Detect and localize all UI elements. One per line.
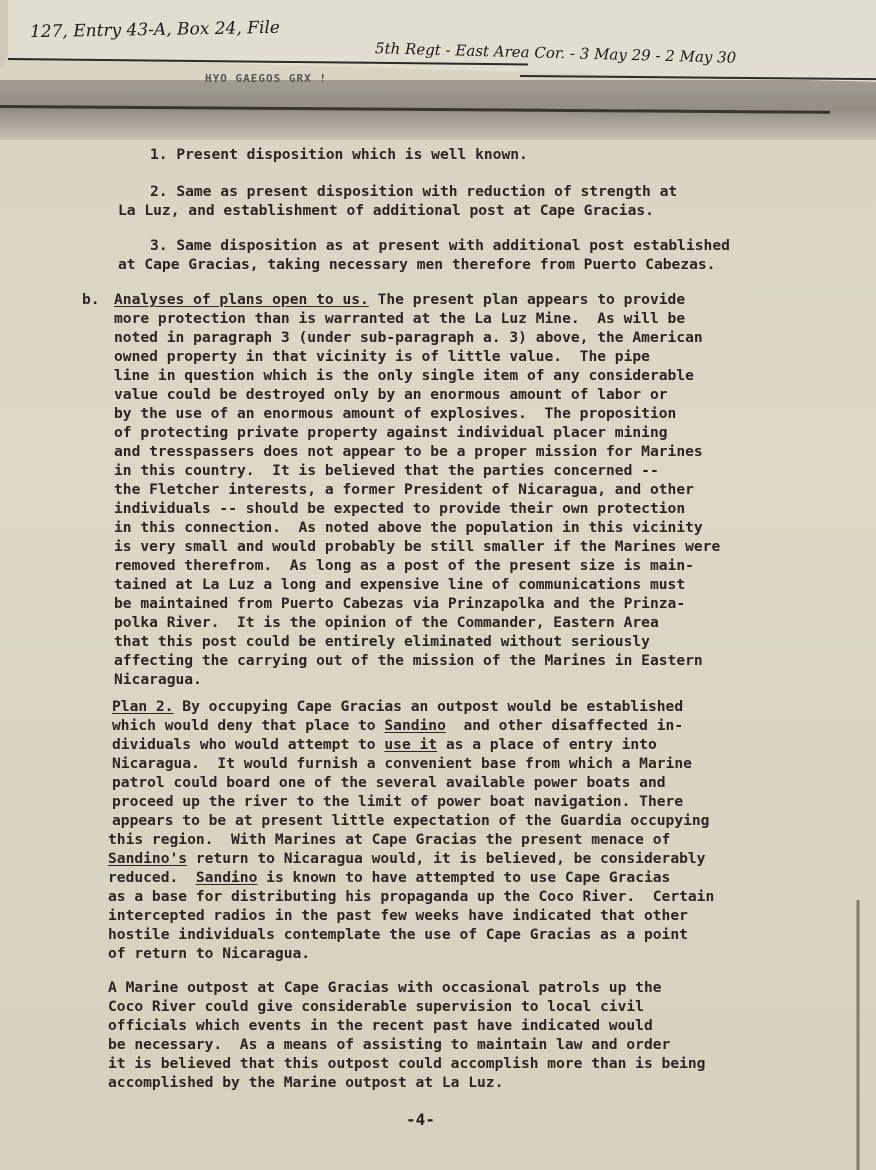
plan-2-line: as a base for distributing his propagand… (108, 887, 714, 906)
section-b-line: line in question which is the only singl… (114, 366, 694, 385)
section-b-line: more protection than is warranted at the… (114, 309, 685, 328)
section-b-heading: Analyses of plans open to us. (114, 291, 369, 308)
closing-line: accomplished by the Marine outpost at La… (108, 1073, 503, 1092)
section-b-line: owned property in that vicinity is of li… (114, 347, 650, 366)
section-b-line: affecting the carrying out of the missio… (114, 651, 703, 670)
closing-line: be necessary. As a means of assisting to… (108, 1035, 670, 1054)
plan-2-line: this region. With Marines at Cape Gracia… (108, 830, 670, 849)
text-fragment: reduced. (108, 869, 196, 886)
section-b-line: Nicaragua. (114, 670, 202, 689)
option-3-line: at Cape Gracias, taking necessary men th… (118, 255, 715, 274)
document-page: HYO GAEGOS GRX ! 127, Entry 43-A, Box 24… (0, 0, 876, 1170)
plan-2-line: reduced. Sandino is known to have attemp… (108, 868, 670, 887)
text-fragment: and other disaffected in- (446, 717, 683, 734)
page-edge-shadow (856, 900, 860, 1170)
section-b-line: tained at La Luz a long and expensive li… (114, 575, 685, 594)
text-fragment: as a place of entry into (437, 736, 657, 753)
plan-2-line: proceed up the river to the limit of pow… (112, 792, 683, 811)
text-fragment: dividuals who would attempt to (112, 736, 384, 753)
underlined-use-it: use it (384, 736, 437, 753)
plan-2-line: Sandino's return to Nicaragua would, it … (108, 849, 705, 868)
section-b-line: polka River. It is the opinion of the Co… (114, 613, 659, 632)
plan-2-line: hostile individuals contemplate the use … (108, 925, 688, 944)
page-number: -4- (406, 1110, 435, 1129)
section-b-line: noted in paragraph 3 (under sub-paragrap… (114, 328, 703, 347)
plan-2-line: intercepted radios in the past few weeks… (108, 906, 688, 925)
section-b-line: in this country. It is believed that the… (114, 461, 659, 480)
underlined-sandinos: Sandino's (108, 850, 187, 867)
section-b-line: of protecting private property against i… (114, 423, 668, 442)
underlined-sandino: Sandino (196, 869, 258, 886)
section-b-line: and tresspassers does not appear to be a… (114, 442, 703, 461)
section-b-line: individuals -- should be expected to pro… (114, 499, 685, 518)
section-b-line: that this post could be entirely elimina… (114, 632, 650, 651)
section-b-line: in this connection. As noted above the p… (114, 518, 703, 537)
option-1: 1. Present disposition which is well kno… (150, 145, 528, 164)
option-3-line: 3. Same disposition as at present with a… (150, 236, 730, 255)
plan-2-line: appears to be at present little expectat… (112, 811, 709, 830)
plan-2-heading: Plan 2. (112, 698, 174, 715)
plan-2-line: dividuals who would attempt to use it as… (112, 735, 657, 754)
text-fragment: return to Nicaragua would, it is believe… (187, 850, 705, 867)
closing-line: officials which events in the recent pas… (108, 1016, 653, 1035)
plan-2-line: Nicaragua. It would furnish a convenient… (112, 754, 692, 773)
section-b-line: is very small and would probably be stil… (114, 537, 720, 556)
plan-2-line: Plan 2. By occupying Cape Gracias an out… (112, 697, 683, 716)
section-b-line: removed therefrom. As long as a post of … (114, 556, 694, 575)
text-fragment: which would deny that place to (112, 717, 384, 734)
option-2-line: La Luz, and establishment of additional … (118, 201, 654, 220)
option-2-line: 2. Same as present disposition with redu… (150, 182, 677, 201)
section-b-line: by the use of an enormous amount of expl… (114, 404, 676, 423)
section-b-line: value could be destroyed only by an enor… (114, 385, 668, 404)
section-b-label: b. (82, 290, 100, 309)
plan-2-line: of return to Nicaragua. (108, 944, 310, 963)
header-fragment: HYO GAEGOS GRX ! (205, 72, 327, 85)
underlined-sandino: Sandino (384, 717, 446, 734)
closing-line: A Marine outpost at Cape Gracias with oc… (108, 978, 662, 997)
section-b-heading-line: Analyses of plans open to us. The presen… (114, 290, 685, 309)
plan-2-line: patrol could board one of the several av… (112, 773, 666, 792)
text-fragment: The present plan appears to provide (369, 291, 685, 308)
closing-line: Coco River could give considerable super… (108, 997, 644, 1016)
section-b-line: be maintained from Puerto Cabezas via Pr… (114, 594, 685, 613)
closing-line: it is believed that this outpost could a… (108, 1054, 705, 1073)
text-fragment: By occupying Cape Gracias an outpost wou… (174, 698, 684, 715)
section-b-line: the Fletcher interests, a former Preside… (114, 480, 694, 499)
plan-2-line: which would deny that place to Sandino a… (112, 716, 683, 735)
text-fragment: is known to have attempted to use Cape G… (257, 869, 670, 886)
